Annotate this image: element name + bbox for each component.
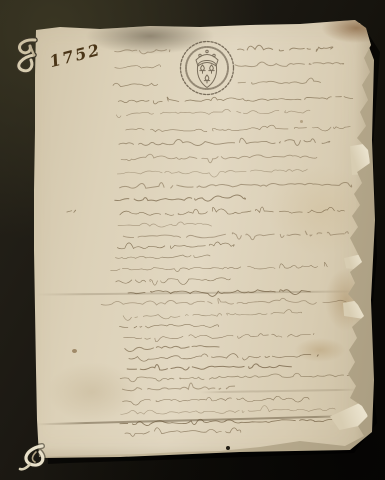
binding-string-top-icon [19, 40, 35, 71]
archive-photo-background: 1752 [0, 0, 385, 480]
binding-strings [0, 0, 385, 480]
binding-string-bottom-icon [20, 446, 43, 469]
